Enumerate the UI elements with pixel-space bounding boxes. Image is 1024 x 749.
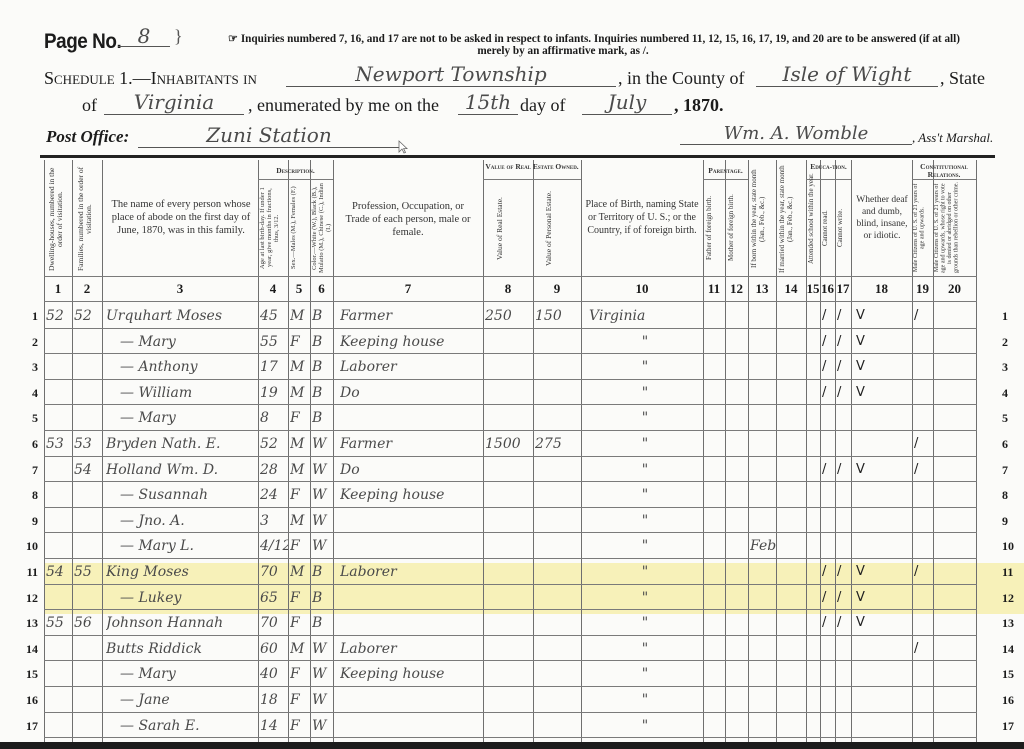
cannot-read-mark: / bbox=[822, 359, 835, 374]
color: B bbox=[312, 410, 333, 426]
cannot-write-mark: / bbox=[837, 308, 851, 323]
birthplace: " bbox=[589, 359, 701, 375]
column-number: 13 bbox=[748, 278, 776, 300]
cannot-write-mark: / bbox=[837, 590, 851, 605]
state-field: Virginia bbox=[104, 90, 244, 115]
column-number: 3 bbox=[102, 278, 258, 300]
dwelling-number: 52 bbox=[46, 308, 72, 324]
header-sex: Sex.—Males (M.), Females (F.) bbox=[290, 182, 308, 274]
column-number: 17 bbox=[835, 278, 851, 300]
birthplace: " bbox=[589, 590, 701, 606]
cannot-write-mark: / bbox=[837, 462, 851, 477]
person-name: — Anthony bbox=[106, 359, 270, 375]
row-number-left: 17 bbox=[12, 719, 38, 734]
dwelling-number: 55 bbox=[46, 615, 72, 631]
person-name: — Sarah E. bbox=[106, 718, 270, 734]
row-number-right: 2 bbox=[1002, 335, 1024, 350]
page-number-value: 8 bbox=[118, 24, 170, 47]
column-number: 5 bbox=[288, 278, 310, 300]
sex: M bbox=[290, 359, 310, 375]
cannot-read-mark: / bbox=[822, 334, 835, 349]
state-label: , State bbox=[940, 68, 985, 89]
person-name: — Jane bbox=[106, 692, 270, 708]
row-number-left: 6 bbox=[12, 437, 38, 452]
column-number: 20 bbox=[933, 278, 976, 300]
color: B bbox=[312, 308, 333, 324]
occupation: Do bbox=[340, 462, 482, 478]
row-number-right: 9 bbox=[1002, 514, 1024, 529]
sex: M bbox=[290, 462, 310, 478]
person-name: — Mary bbox=[106, 334, 270, 350]
cannot-write-mark: / bbox=[837, 615, 851, 630]
of-label: of bbox=[82, 95, 97, 116]
row-number-left: 8 bbox=[12, 488, 38, 503]
age: 24 bbox=[260, 487, 288, 503]
mouse-cursor-icon bbox=[398, 140, 408, 154]
sex: F bbox=[290, 692, 310, 708]
sex: M bbox=[290, 641, 310, 657]
column-number: 12 bbox=[725, 278, 748, 300]
header-school: Attended school within the year. bbox=[807, 164, 819, 274]
age: 45 bbox=[260, 308, 288, 324]
family-number: 54 bbox=[74, 462, 102, 478]
header-divider bbox=[40, 155, 995, 158]
occupation: Farmer bbox=[340, 436, 482, 452]
age: 28 bbox=[260, 462, 288, 478]
age: 3 bbox=[260, 513, 288, 529]
age: 70 bbox=[260, 615, 288, 631]
column-number: 8 bbox=[483, 278, 533, 300]
row-number-left: 4 bbox=[12, 386, 38, 401]
age: 40 bbox=[260, 666, 288, 682]
age: 60 bbox=[260, 641, 288, 657]
day-of-label: day of bbox=[520, 95, 565, 116]
occupation: Keeping house bbox=[340, 487, 482, 503]
post-office-label: Post Office: bbox=[46, 127, 129, 147]
row-number-left: 16 bbox=[12, 693, 38, 708]
color: B bbox=[312, 590, 333, 606]
header-personal-estate: Value of Personal Estate. bbox=[545, 184, 569, 274]
citizen-mark: / bbox=[914, 462, 933, 477]
family-number: 53 bbox=[74, 436, 102, 452]
row-number-right: 4 bbox=[1002, 386, 1024, 401]
day-field: 15th bbox=[458, 90, 518, 115]
group-description: Description. bbox=[258, 167, 333, 175]
header-name: The name of every person whose place of … bbox=[110, 198, 252, 237]
person-name: — Mary L. bbox=[106, 538, 270, 554]
occupation: Laborer bbox=[340, 641, 482, 657]
cannot-write-mark: / bbox=[837, 564, 851, 579]
color: W bbox=[312, 462, 333, 478]
bottom-edge bbox=[0, 742, 1024, 749]
deaf-blind-mark: V bbox=[854, 590, 912, 605]
age: 4/12 bbox=[260, 538, 288, 554]
color: W bbox=[312, 692, 333, 708]
birthplace: " bbox=[589, 641, 701, 657]
birthplace: " bbox=[589, 564, 701, 580]
header-cannot-write: Cannot write. bbox=[836, 182, 850, 274]
header-male-citizens: Male Citizens of U. S. of 21 years of ag… bbox=[913, 182, 932, 274]
row-number-right: 10 bbox=[1002, 539, 1024, 554]
birthplace: " bbox=[589, 462, 701, 478]
column-number: 6 bbox=[310, 278, 333, 300]
row-number-left: 10 bbox=[12, 539, 38, 554]
deaf-blind-mark: V bbox=[854, 564, 912, 579]
color: W bbox=[312, 666, 333, 682]
row-number-right: 14 bbox=[1002, 642, 1024, 657]
dwelling-number: 53 bbox=[46, 436, 72, 452]
column-number: 9 bbox=[533, 278, 581, 300]
person-name: Butts Riddick bbox=[106, 641, 256, 657]
birthplace: " bbox=[589, 692, 701, 708]
sex: F bbox=[290, 538, 310, 554]
sex: F bbox=[290, 334, 310, 350]
row-number-left: 7 bbox=[12, 463, 38, 478]
birthplace: " bbox=[589, 538, 701, 554]
sex: M bbox=[290, 308, 310, 324]
header-age: Age at last birth-day. If under 1 year, … bbox=[259, 182, 287, 274]
age: 18 bbox=[260, 692, 288, 708]
row-number-right: 16 bbox=[1002, 693, 1024, 708]
birthplace: " bbox=[589, 513, 701, 529]
sex: F bbox=[290, 487, 310, 503]
county-field: Isle of Wight bbox=[756, 62, 938, 87]
person-name: — Lukey bbox=[106, 590, 270, 606]
age: 8 bbox=[260, 410, 288, 426]
header-birthplace: Place of Birth, naming State or Territor… bbox=[584, 198, 700, 237]
cannot-read-mark: / bbox=[822, 615, 835, 630]
group-parentage: Parentage. bbox=[703, 167, 748, 175]
header-father-foreign: Father of foreign birth. bbox=[705, 182, 723, 274]
birthplace: " bbox=[589, 666, 701, 682]
notice-line-1: ☞ Inquiries numbered 7, 16, and 17 are n… bbox=[228, 33, 960, 45]
column-number: 10 bbox=[581, 278, 703, 300]
person-name: Holland Wm. D. bbox=[106, 462, 256, 478]
brace-decoration: } bbox=[174, 26, 183, 47]
header-married-month: If married within the year, state month … bbox=[778, 164, 804, 274]
header-deaf-blind: Whether deaf and dumb, blind, insane, or… bbox=[854, 194, 910, 242]
occupation: Laborer bbox=[340, 359, 482, 375]
column-number: 11 bbox=[703, 278, 725, 300]
township-field: Newport Township bbox=[286, 62, 616, 87]
deaf-blind-mark: V bbox=[854, 462, 912, 477]
county-label: , in the County of bbox=[618, 68, 745, 89]
birthplace: " bbox=[589, 487, 701, 503]
row-number-right: 7 bbox=[1002, 463, 1024, 478]
age: 19 bbox=[260, 385, 288, 401]
deaf-blind-mark: V bbox=[854, 308, 912, 323]
real-estate-value: 250 bbox=[485, 308, 533, 324]
color: W bbox=[312, 436, 333, 452]
census-table: Description. Value of Real Estate Owned.… bbox=[44, 160, 977, 742]
age: 14 bbox=[260, 718, 288, 734]
deaf-blind-mark: V bbox=[854, 615, 912, 630]
family-number: 55 bbox=[74, 564, 102, 580]
row-number-right: 12 bbox=[1002, 591, 1024, 606]
row-number-left: 12 bbox=[12, 591, 38, 606]
personal-estate-value: 150 bbox=[535, 308, 581, 324]
birthplace: " bbox=[589, 615, 701, 631]
deaf-blind-mark: V bbox=[854, 385, 912, 400]
enumerated-label: , enumerated by me on the bbox=[248, 95, 439, 116]
deaf-blind-mark: V bbox=[854, 334, 912, 349]
row-number-left: 15 bbox=[12, 667, 38, 682]
citizen-mark: / bbox=[914, 641, 933, 656]
sex: M bbox=[290, 385, 310, 401]
row-number-right: 15 bbox=[1002, 667, 1024, 682]
column-number: 16 bbox=[820, 278, 835, 300]
row-number-right: 17 bbox=[1002, 719, 1024, 734]
sex: F bbox=[290, 410, 310, 426]
row-number-right: 5 bbox=[1002, 411, 1024, 426]
sex: M bbox=[290, 513, 310, 529]
month-field: July bbox=[582, 90, 672, 115]
age: 52 bbox=[260, 436, 288, 452]
header-family: Families, numbered in the order of visit… bbox=[77, 164, 97, 274]
column-number: 4 bbox=[258, 278, 288, 300]
row-number-right: 8 bbox=[1002, 488, 1024, 503]
birthplace: Virginia bbox=[589, 308, 701, 324]
row-number-right: 6 bbox=[1002, 437, 1024, 452]
row-number-left: 5 bbox=[12, 411, 38, 426]
deaf-blind-mark: V bbox=[854, 359, 912, 374]
person-name: Bryden Nath. E. bbox=[106, 436, 256, 452]
row-number-right: 13 bbox=[1002, 616, 1024, 631]
page-number-label: Page No. bbox=[44, 30, 121, 54]
marshal-label: , Ass't Marshal. bbox=[912, 130, 993, 146]
person-name: Johnson Hannah bbox=[106, 615, 256, 631]
schedule-label: Schedule 1.—Inhabitants in bbox=[44, 68, 257, 89]
marshal-signature: Wm. A. Womble bbox=[680, 123, 912, 145]
row-number-right: 3 bbox=[1002, 360, 1024, 375]
color: W bbox=[312, 513, 333, 529]
row-number-left: 3 bbox=[12, 360, 38, 375]
row-number-left: 9 bbox=[12, 514, 38, 529]
group-real-estate: Value of Real Estate Owned. bbox=[483, 163, 581, 171]
cannot-read-mark: / bbox=[822, 385, 835, 400]
header-dwelling: Dwelling-houses, numbered in the order o… bbox=[48, 164, 68, 274]
notice-line-2: merely by an affirmative mark, as /. bbox=[228, 45, 1018, 57]
year-label: , 1870. bbox=[674, 95, 724, 116]
person-name: King Moses bbox=[106, 564, 256, 580]
row-number-right: 11 bbox=[1002, 565, 1024, 580]
row-number-right: 1 bbox=[1002, 309, 1024, 324]
occupation: Keeping house bbox=[340, 334, 482, 350]
birthplace: " bbox=[589, 410, 701, 426]
color: B bbox=[312, 564, 333, 580]
header-occupation: Profession, Occupation, or Trade of each… bbox=[342, 200, 474, 239]
header-color: Color.—White (W.), Black (B.), Mulatto (… bbox=[311, 182, 332, 274]
sex: F bbox=[290, 718, 310, 734]
post-office-field: Zuni Station bbox=[138, 123, 400, 148]
color: W bbox=[312, 641, 333, 657]
birthplace: " bbox=[589, 385, 701, 401]
header-born-month: If born within the year, state month (Ja… bbox=[750, 164, 774, 274]
person-name: — Jno. A. bbox=[106, 513, 270, 529]
person-name: — William bbox=[106, 385, 270, 401]
column-number: 19 bbox=[912, 278, 933, 300]
sex: F bbox=[290, 590, 310, 606]
dwelling-number: 54 bbox=[46, 564, 72, 580]
group-constitutional: Constitutional Relations. bbox=[912, 163, 976, 179]
sex: F bbox=[290, 666, 310, 682]
family-number: 52 bbox=[74, 308, 102, 324]
age: 70 bbox=[260, 564, 288, 580]
citizen-mark: / bbox=[914, 308, 933, 323]
occupation: Farmer bbox=[340, 308, 482, 324]
sex: F bbox=[290, 615, 310, 631]
row-number-left: 13 bbox=[12, 616, 38, 631]
cannot-read-mark: / bbox=[822, 564, 835, 579]
cannot-write-mark: / bbox=[837, 359, 851, 374]
age: 65 bbox=[260, 590, 288, 606]
row-number-left: 11 bbox=[12, 565, 38, 580]
color: B bbox=[312, 359, 333, 375]
person-name: — Mary bbox=[106, 666, 270, 682]
color: W bbox=[312, 487, 333, 503]
header-vote-denied: Male Citizens of U. S. of 21 years of ag… bbox=[934, 182, 975, 274]
citizen-mark: / bbox=[914, 564, 933, 579]
sex: M bbox=[290, 564, 310, 580]
column-number: 7 bbox=[333, 278, 483, 300]
column-number: 1 bbox=[44, 278, 72, 300]
color: B bbox=[312, 334, 333, 350]
occupation: Do bbox=[340, 385, 482, 401]
citizen-mark: / bbox=[914, 436, 933, 451]
row-number-left: 2 bbox=[12, 335, 38, 350]
real-estate-value: 1500 bbox=[485, 436, 533, 452]
cannot-read-mark: / bbox=[822, 308, 835, 323]
birthplace: " bbox=[589, 436, 701, 452]
personal-estate-value: 275 bbox=[535, 436, 581, 452]
row-number-left: 1 bbox=[12, 309, 38, 324]
header-real-estate: Value of Real Estate. bbox=[496, 184, 520, 274]
occupation: Laborer bbox=[340, 564, 482, 580]
month-born: Feb bbox=[750, 538, 778, 554]
cannot-write-mark: / bbox=[837, 385, 851, 400]
cannot-read-mark: / bbox=[822, 590, 835, 605]
birthplace: " bbox=[589, 718, 701, 734]
age: 55 bbox=[260, 334, 288, 350]
person-name: — Susannah bbox=[106, 487, 270, 503]
color: W bbox=[312, 718, 333, 734]
family-number: 56 bbox=[74, 615, 102, 631]
column-number: 14 bbox=[776, 278, 806, 300]
column-number: 15 bbox=[806, 278, 820, 300]
color: B bbox=[312, 615, 333, 631]
inquiry-notice: ☞ Inquiries numbered 7, 16, and 17 are n… bbox=[228, 33, 1018, 57]
color: B bbox=[312, 385, 333, 401]
cannot-write-mark: / bbox=[837, 334, 851, 349]
column-number: 2 bbox=[72, 278, 102, 300]
person-name: — Mary bbox=[106, 410, 270, 426]
column-number: 18 bbox=[851, 278, 912, 300]
header-mother-foreign: Mother of foreign birth. bbox=[727, 182, 746, 274]
person-name: Urquhart Moses bbox=[106, 308, 256, 324]
color: W bbox=[312, 538, 333, 554]
occupation: Keeping house bbox=[340, 666, 482, 682]
row-number-left: 14 bbox=[12, 642, 38, 657]
birthplace: " bbox=[589, 334, 701, 350]
age: 17 bbox=[260, 359, 288, 375]
cannot-read-mark: / bbox=[822, 462, 835, 477]
header-cannot-read: Cannot read. bbox=[821, 182, 834, 274]
sex: M bbox=[290, 436, 310, 452]
